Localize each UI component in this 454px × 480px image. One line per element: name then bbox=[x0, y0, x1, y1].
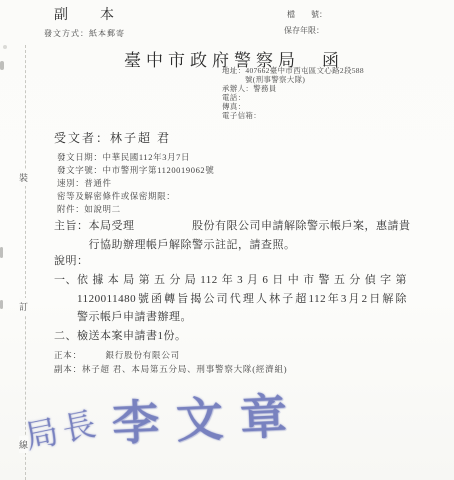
binding-mark-ding: 訂 bbox=[19, 298, 28, 315]
attachment-line: 附件：如說明二 bbox=[57, 203, 214, 216]
explanation-block: 說明： 一、 依據本局第五分局112年3月6日中市警五分偵字第 11200114… bbox=[54, 253, 426, 345]
item-2-text: 檢送本案申請書1份。 bbox=[77, 327, 407, 346]
explanation-item-2: 二、 檢送本案申請書1份。 bbox=[54, 327, 426, 346]
address-line-2: 號(刑事警察大隊) bbox=[222, 75, 442, 84]
binding-mark-xian: 線 bbox=[19, 436, 28, 453]
item-1-line-2: 1120011480號函轉旨揭公司代理人林子超112年3月2日解除 bbox=[77, 290, 407, 309]
scan-artifact bbox=[0, 61, 4, 70]
speed-class-line: 速別：普通件 bbox=[57, 177, 214, 190]
signature-title: 局長 bbox=[20, 397, 104, 458]
recipient-line: 受文者：林子超 君 bbox=[54, 129, 171, 146]
subject-text: 本局受理 股份有限公司申請解除警示帳戶案，惠請貴行協助辦理帳戶解除警示註記，請查… bbox=[89, 217, 421, 254]
item-1-line-3: 警示帳戶申請書辦理。 bbox=[77, 308, 407, 327]
agency-contact-block: 地址：407662臺中市西屯區文心路2段588 號(刑事警察大隊) 承辦人：警務… bbox=[222, 66, 442, 120]
explanation-item-1: 一、 依據本局第五分局112年3月6日中市警五分偵字第 1120011480號函… bbox=[54, 271, 426, 327]
security-class-line: 密等及解密條件或保密期限： bbox=[57, 190, 214, 203]
signature-name: 李文章 bbox=[111, 379, 306, 454]
scan-artifact bbox=[3, 45, 7, 49]
item-number: 一、 bbox=[54, 271, 77, 327]
scan-artifact bbox=[0, 247, 3, 258]
original-recipient-line: 正本： 銀行股份有限公司 bbox=[54, 349, 180, 361]
explanation-label: 說明： bbox=[54, 253, 426, 270]
phone-line: 電話： bbox=[222, 93, 442, 102]
item-1-line-1: 依據本局第五分局112年3月6日中市警五分偵字第 bbox=[77, 271, 407, 290]
document-meta-block: 發文日期：中華民國112年3月7日 發文字號：中市警刑字第1120019062號… bbox=[57, 151, 214, 216]
subject-block: 主旨： 本局受理 股份有限公司申請解除警示帳戶案，惠請貴行協助辦理帳戶解除警示註… bbox=[54, 217, 421, 254]
address-line-1: 地址：407662臺中市西屯區文心路2段588 bbox=[222, 66, 442, 75]
file-number-label: 檔 號： bbox=[287, 9, 327, 20]
retention-period-label: 保存年限： bbox=[284, 25, 324, 36]
binding-mark-zhuang: 裝 bbox=[19, 169, 28, 186]
handler-line: 承辦人：警務員 bbox=[222, 84, 442, 93]
email-line: 電子信箱： bbox=[222, 111, 442, 120]
copy-label: 副 本 bbox=[54, 4, 123, 24]
issue-date-line: 發文日期：中華民國112年3月7日 bbox=[57, 151, 214, 164]
copy-recipient-line: 副本：林子超 君、本局第五分局、刑事警察大隊(經濟組) bbox=[54, 363, 287, 375]
item-number: 二、 bbox=[54, 327, 77, 346]
scan-artifact bbox=[0, 300, 3, 309]
fax-line: 傳真： bbox=[222, 102, 442, 111]
subject-label: 主旨： bbox=[54, 217, 89, 254]
signature-stamp: 局長 李文章 bbox=[23, 377, 346, 458]
scanned-official-letter: 裝 訂 線 副 本 發文方式：紙本郵寄 檔 號： 保存年限： 臺中市政府警察局 … bbox=[0, 0, 454, 480]
doc-number-line: 發文字號：中市警刑字第1120019062號 bbox=[57, 164, 214, 177]
delivery-method: 發文方式：紙本郵寄 bbox=[44, 28, 125, 39]
